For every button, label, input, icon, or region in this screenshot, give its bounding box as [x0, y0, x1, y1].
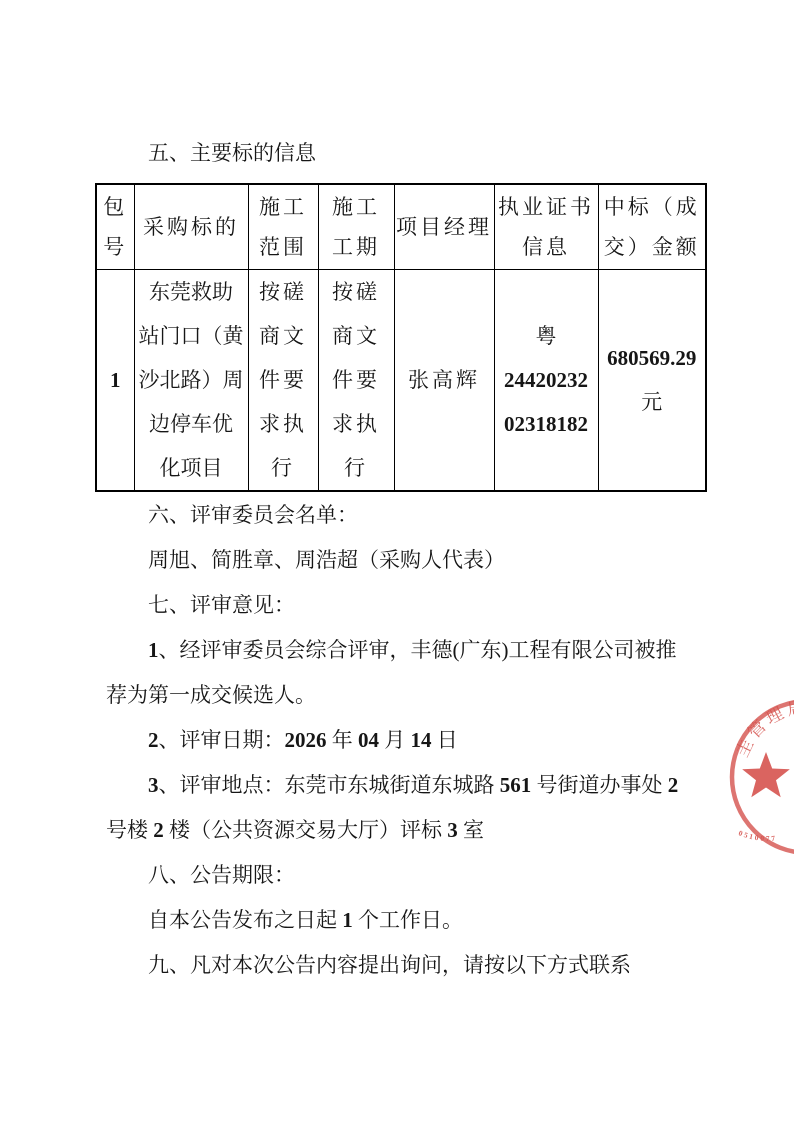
doc-line-review-location-cont: 号楼 2 楼（公共资源交易大厅）评标 3 室 [106, 808, 712, 853]
table-header-row: 包 号 采购标的 施工 范围 施工 工期 项目经理 执业证书 信息 中标（成 交… [96, 184, 706, 269]
col-header-package-no: 包 号 [96, 184, 134, 269]
seal-serial-number: 0510077 [737, 828, 777, 843]
doc-line-section8-heading: 八、公告期限： [106, 853, 712, 898]
document-page: 五、主要标的信息 包 号 采购标的 施工 范围 施工 工期 项目经理 执业证书 … [0, 0, 794, 1123]
cell-manager: 张高辉 [394, 269, 494, 491]
col-header-amount: 中标（成 交）金额 [598, 184, 706, 269]
doc-line-review-opinion-1: 1、经评审委员会综合评审，丰德(广东)工程有限公司被推 [106, 628, 712, 673]
cell-scope: 按磋 商文 件要 求执 行 [248, 269, 318, 491]
doc-line-committee-names: 周旭、简胜章、周浩超（采购人代表） [106, 538, 712, 583]
doc-line-review-location: 3、评审地点：东莞市东城街道东城路 561 号街道办事处 2 [106, 763, 712, 808]
body-text: 六、评审委员会名单： 周旭、简胜章、周浩超（采购人代表） 七、评审意见： 1、经… [106, 493, 712, 988]
doc-line-review-date: 2、评审日期：2026 年 04 月 14 日 [106, 718, 712, 763]
doc-line-section7-heading: 七、评审意见： [106, 583, 712, 628]
doc-line-review-opinion-1-cont: 荐为第一成交候选人。 [106, 673, 712, 718]
col-header-certificate: 执业证书 信息 [494, 184, 598, 269]
cell-subject: 东莞救助 站门口（黄 沙北路）周 边停车优 化项目 [134, 269, 248, 491]
col-header-scope: 施工 范围 [248, 184, 318, 269]
doc-line-section9-heading: 九、凡对本次公告内容提出询问，请按以下方式联系 [106, 943, 712, 988]
cell-package-no: 1 [96, 269, 134, 491]
bid-info-table: 包 号 采购标的 施工 范围 施工 工期 项目经理 执业证书 信息 中标（成 交… [95, 183, 707, 492]
section5-heading: 五、主要标的信息 [148, 140, 316, 166]
col-header-duration: 施工 工期 [318, 184, 394, 269]
col-header-manager: 项目经理 [394, 184, 494, 269]
red-official-seal: 圭管理局 0510077 [690, 668, 794, 868]
cell-duration: 按磋 商文 件要 求执 行 [318, 269, 394, 491]
cell-amount: 680569.29 元 [598, 269, 706, 491]
table-row: 1 东莞救助 站门口（黄 沙北路）周 边停车优 化项目 按磋 商文 件要 求执 … [96, 269, 706, 491]
col-header-subject: 采购标的 [134, 184, 248, 269]
cell-certificate: 粤 24420232 02318182 [494, 269, 598, 491]
doc-line-section6-heading: 六、评审委员会名单： [106, 493, 712, 538]
doc-line-announcement-period: 自本公告发布之日起 1 个工作日。 [106, 898, 712, 943]
